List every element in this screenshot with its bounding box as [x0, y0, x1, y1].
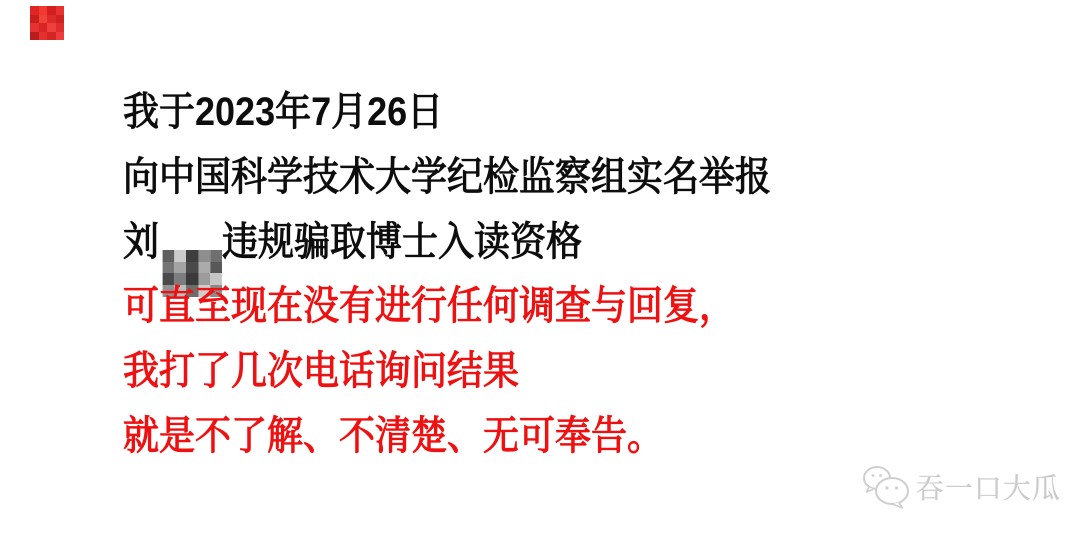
- statement-text-block: 我于2023年7月26日 向中国科学技术大学纪检监察组实名举报 刘违规骗取博士入…: [123, 80, 771, 469]
- watermark: 吞一口大瓜: [862, 464, 1061, 510]
- wechat-logo-icon: [862, 464, 910, 510]
- statement-line-2: 向中国科学技术大学纪检监察组实名举报: [123, 145, 771, 210]
- watermark-text: 吞一口大瓜: [916, 467, 1061, 507]
- post-image: 我于2023年7月26日 向中国科学技术大学纪检监察组实名举报 刘违规骗取博士入…: [0, 0, 1080, 536]
- statement-line-3-prefix: 刘: [123, 220, 159, 264]
- red-stamp-mosaic: [30, 6, 64, 40]
- statement-line-3: 刘违规骗取博士入读资格: [123, 210, 771, 275]
- statement-line-1: 我于2023年7月26日: [123, 80, 771, 145]
- statement-line-6: 就是不了解、不清楚、无可奉告。: [123, 404, 771, 469]
- statement-line-5: 我打了几次电话询问结果: [123, 339, 771, 404]
- statement-line-4: 可直至现在没有进行任何调查与回复，: [123, 274, 771, 339]
- statement-line-3-suffix: 违规骗取博士入读资格: [222, 220, 582, 264]
